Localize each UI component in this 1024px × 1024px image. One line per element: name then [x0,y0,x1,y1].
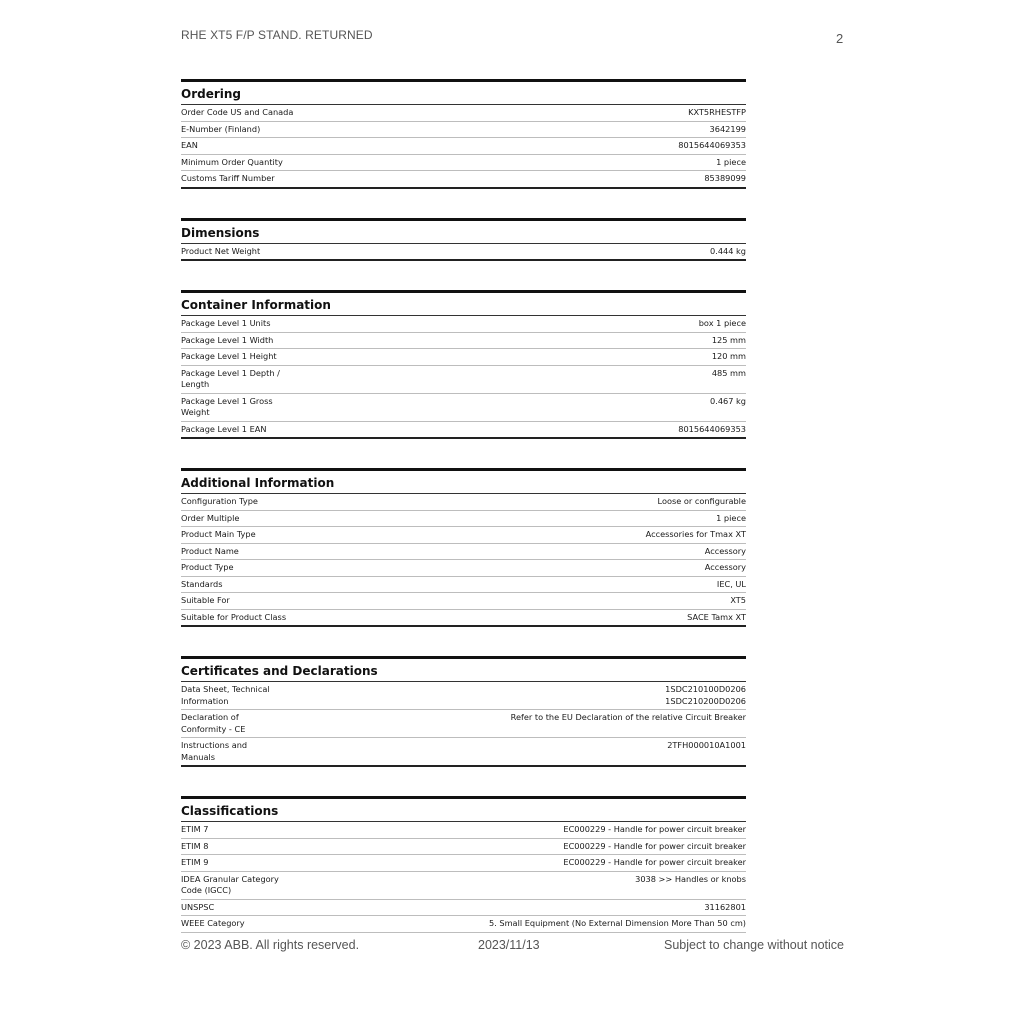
spec-label: Order Multiple [181,513,381,525]
page-number: 2 [836,31,843,46]
spec-label: Package Level 1 Depth / Length [181,368,296,391]
spec-row: Standards IEC, UL [181,577,746,594]
spec-label: IDEA Granular Category Code (IGCC) [181,874,296,897]
spec-label: ETIM 9 [181,857,296,869]
spec-value: 8015644069353 [678,424,746,436]
spec-value: 2TFH000010A1001 [667,740,746,752]
spec-label: WEEE Category [181,918,296,930]
spec-label: Package Level 1 EAN [181,424,381,436]
spec-label: ETIM 8 [181,841,296,853]
spec-row: Declaration of Conformity - CE Refer to … [181,710,746,738]
spec-value: IEC, UL [717,579,746,591]
document-title: RHE XT5 F/P STAND. RETURNED [181,28,373,42]
spec-row: Suitable for Product Class SACE Tamx XT [181,610,746,626]
spec-row: IDEA Granular Category Code (IGCC) 3038 … [181,872,746,900]
spec-label: Minimum Order Quantity [181,157,381,169]
spec-label: Package Level 1 Width [181,335,381,347]
spec-value: XT5 [730,595,746,607]
section-title: Ordering [181,82,746,105]
spec-sections: Ordering Order Code US and Canada KXT5RH… [181,79,746,962]
spec-value: 0.444 kg [710,246,746,258]
section-title: Classifications [181,799,746,822]
spec-row: Package Level 1 Width 125 mm [181,333,746,350]
section-title: Certificates and Declarations [181,659,746,682]
spec-value: 1SDC210100D0206 1SDC210200D0206 [665,684,746,707]
spec-row: Product Main Type Accessories for Tmax X… [181,527,746,544]
spec-row: Product Type Accessory [181,560,746,577]
spec-row: Customs Tariff Number 85389099 [181,171,746,187]
spec-row: Package Level 1 Units box 1 piece [181,316,746,333]
section-ordering: Ordering Order Code US and Canada KXT5RH… [181,79,746,189]
spec-value: 3642199 [710,124,746,136]
spec-value: Accessories for Tmax XT [646,529,746,541]
document-date: 2023/11/13 [478,938,540,952]
spec-label: Configuration Type [181,496,381,508]
spec-row: Configuration Type Loose or configurable [181,494,746,511]
spec-row: ETIM 7 EC000229 - Handle for power circu… [181,822,746,839]
spec-value: SACE Tamx XT [687,612,746,624]
spec-label: Package Level 1 Units [181,318,381,330]
spec-row: Instructions and Manuals 2TFH000010A1001 [181,738,746,765]
spec-label: Product Net Weight [181,246,381,258]
section-title: Dimensions [181,221,746,244]
spec-value: Accessory [705,562,746,574]
spec-row: Order Multiple 1 piece [181,511,746,528]
change-notice: Subject to change without notice [664,938,844,952]
spec-value: 0.467 kg [710,396,746,408]
spec-row: Product Name Accessory [181,544,746,561]
spec-label: Data Sheet, Technical Information [181,684,296,707]
spec-value: 8015644069353 [678,140,746,152]
spec-row: Package Level 1 EAN 8015644069353 [181,422,746,438]
spec-label: ETIM 7 [181,824,296,836]
copyright-text: © 2023 ABB. All rights reserved. [181,938,359,952]
spec-row: ETIM 8 EC000229 - Handle for power circu… [181,839,746,856]
section-additional-information: Additional Information Configuration Typ… [181,468,746,627]
spec-value: 120 mm [712,351,746,363]
spec-label: Order Code US and Canada [181,107,296,119]
section-classifications: Classifications ETIM 7 EC000229 - Handle… [181,796,746,933]
spec-value: EC000229 - Handle for power circuit brea… [563,824,746,836]
spec-value: 485 mm [712,368,746,380]
section-title: Container Information [181,293,746,316]
spec-label: Package Level 1 Height [181,351,381,363]
spec-value: EC000229 - Handle for power circuit brea… [563,857,746,869]
spec-label: Customs Tariff Number [181,173,381,185]
spec-label: Product Main Type [181,529,381,541]
spec-row: E-Number (Finland) 3642199 [181,122,746,139]
spec-row: Package Level 1 Depth / Length 485 mm [181,366,746,394]
spec-row: UNSPSC 31162801 [181,900,746,917]
spec-row: Minimum Order Quantity 1 piece [181,155,746,172]
section-certificates-and-declarations: Certificates and Declarations Data Sheet… [181,656,746,767]
spec-row: Order Code US and Canada KXT5RHESTFP [181,105,746,122]
spec-label: Suitable for Product Class [181,612,296,624]
spec-value: 3038 >> Handles or knobs [635,874,746,886]
spec-label: Instructions and Manuals [181,740,271,763]
spec-label: UNSPSC [181,902,296,914]
spec-label: Product Name [181,546,381,558]
section-dimensions: Dimensions Product Net Weight 0.444 kg [181,218,746,262]
spec-row: ETIM 9 EC000229 - Handle for power circu… [181,855,746,872]
spec-row: Data Sheet, Technical Information 1SDC21… [181,682,746,710]
spec-value: 31162801 [704,902,746,914]
spec-label: Declaration of Conformity - CE [181,712,271,735]
spec-value: 1 piece [716,157,746,169]
spec-row: WEEE Category 5. Small Equipment (No Ext… [181,916,746,932]
spec-label: EAN [181,140,296,152]
spec-row: Package Level 1 Gross Weight 0.467 kg [181,394,746,422]
spec-label: Package Level 1 Gross Weight [181,396,296,419]
spec-row: Package Level 1 Height 120 mm [181,349,746,366]
spec-value: EC000229 - Handle for power circuit brea… [563,841,746,853]
spec-label: E-Number (Finland) [181,124,296,136]
spec-value: box 1 piece [699,318,746,330]
spec-label: Product Type [181,562,381,574]
spec-value: Loose or configurable [658,496,746,508]
section-title: Additional Information [181,471,746,494]
spec-row: EAN 8015644069353 [181,138,746,155]
spec-value: 85389099 [704,173,746,185]
spec-value: 125 mm [712,335,746,347]
spec-row: Product Net Weight 0.444 kg [181,244,746,260]
section-container-information: Container Information Package Level 1 Un… [181,290,746,439]
spec-value: KXT5RHESTFP [688,107,746,119]
spec-value: Refer to the EU Declaration of the relat… [511,712,746,724]
spec-row: Suitable For XT5 [181,593,746,610]
spec-value: 5. Small Equipment (No External Dimensio… [489,918,746,930]
spec-label: Suitable For [181,595,381,607]
spec-value: Accessory [705,546,746,558]
spec-value: 1 piece [716,513,746,525]
spec-label: Standards [181,579,381,591]
